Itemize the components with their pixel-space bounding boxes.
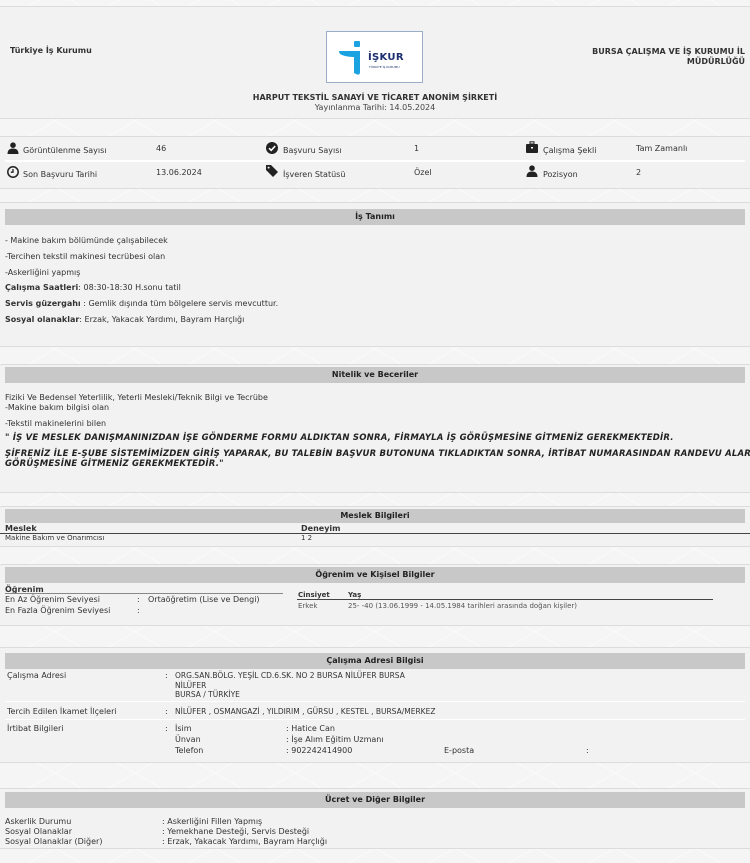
check-circle-icon bbox=[266, 142, 278, 154]
column-header-age: Yaş bbox=[348, 591, 361, 599]
education-label: En Fazla Öğrenim Seviyesi bbox=[5, 606, 110, 615]
stat-value: 1 bbox=[414, 144, 419, 153]
education-label: En Az Öğrenim Seviyesi bbox=[5, 595, 100, 604]
user-icon bbox=[7, 142, 19, 154]
field-value: Erzak, Yakacak Yardımı, Bayram Harçlığı bbox=[85, 315, 245, 324]
districts-label: Tercih Edilen İkamet İlçeleri bbox=[7, 707, 117, 716]
profession-section: Meslek Bilgileri Meslek Deneyim Makine B… bbox=[0, 506, 750, 547]
pattern-band bbox=[0, 762, 750, 788]
description-line: - Makine bakım bölümünde çalışabilecek bbox=[5, 236, 168, 245]
pattern-band bbox=[0, 546, 750, 564]
table-rule bbox=[297, 599, 713, 600]
colon: : bbox=[165, 671, 168, 680]
section-header: Nitelik ve Beceriler bbox=[5, 367, 745, 383]
other-benefits-value: Erzak, Yakacak Yardımı, Bayram Harçlığı bbox=[167, 837, 327, 846]
contact-field-label: Telefon bbox=[175, 746, 203, 755]
education-section: Öğrenim ve Kişisel Bilgiler Öğrenim En A… bbox=[0, 564, 750, 626]
experience-cell: 1 2 bbox=[301, 534, 312, 542]
stat-label: Görüntülenme Sayısı bbox=[23, 146, 107, 155]
section-header: Ücret ve Diğer Bilgiler bbox=[5, 792, 745, 808]
contact-phone[interactable]: 902242414900 bbox=[291, 746, 352, 755]
other-value: : Erzak, Yakacak Yardımı, Bayram Harçlığ… bbox=[162, 837, 327, 846]
other-label: Sosyal Olanaklar (Diğer) bbox=[5, 837, 102, 846]
profession-cell: Makine Bakım ve Onarımcısı bbox=[5, 534, 104, 542]
email-value[interactable]: : bbox=[586, 746, 589, 755]
agency-name: Türkiye İş Kurumu bbox=[10, 46, 92, 55]
section-header: Meslek Bilgileri bbox=[5, 509, 745, 523]
colon: : bbox=[165, 707, 168, 716]
stat-label: İşveren Statüsü bbox=[283, 170, 345, 179]
work-address-label: Çalışma Adresi bbox=[7, 671, 66, 680]
stat-label: Çalışma Şekli bbox=[543, 146, 596, 155]
contact-field-value: : İşe Alım Eğitim Uzmanı bbox=[286, 735, 384, 744]
stat-value: Tam Zamanlı bbox=[636, 144, 687, 153]
contact-field-value: : 902242414900 bbox=[286, 746, 352, 755]
field-label: Sosyal olanaklar bbox=[5, 315, 79, 324]
clock-icon bbox=[7, 166, 19, 178]
pattern-band bbox=[0, 188, 750, 202]
skill-line: -Tekstil makinelerini bilen bbox=[5, 419, 106, 428]
address-section: Çalışma Adresi Bilgisi Çalışma Adresi : … bbox=[0, 647, 750, 763]
logo-text: İŞKUR bbox=[368, 52, 404, 63]
military-status: Askerliğini Fillen Yapmış bbox=[167, 817, 262, 826]
pattern-band bbox=[0, 625, 750, 647]
contact-field-label: Ünvan bbox=[175, 735, 201, 744]
column-header-gender: Cinsiyet bbox=[298, 591, 330, 599]
job-description-section: İş Tanımı - Makine bakım bölümünde çalış… bbox=[0, 202, 750, 347]
iskur-logo[interactable]: İŞKUR TÜRKİYE İŞ KURUMU bbox=[326, 31, 423, 83]
field-value: Gemlik dışında tüm bölgelere servis mevc… bbox=[88, 299, 278, 308]
contact-title: İşe Alım Eğitim Uzmanı bbox=[291, 735, 383, 744]
divider bbox=[5, 719, 745, 720]
field-label: Çalışma Saatleri bbox=[5, 283, 78, 292]
published-date: Yayınlanma Tarihi: 14.05.2024 bbox=[0, 103, 750, 112]
skill-line: -Makine bakım bilgisi olan bbox=[5, 403, 109, 412]
age-value: 25- -40 (13.06.1999 - 14.05.1984 tarihle… bbox=[348, 602, 577, 610]
education-value: Ortaöğretim (Lise ve Dengi) bbox=[148, 595, 260, 604]
stats-panel: Görüntülenme Sayısı 46 Başvuru Sayısı 1 … bbox=[0, 136, 750, 189]
gender-value: Erkek bbox=[298, 602, 317, 610]
divider bbox=[5, 701, 745, 702]
work-address-line: ORG.SAN.BÖLG. YEŞİL CD.6.SK. NO 2 BURSA … bbox=[175, 671, 405, 680]
notice-text: ŞİFRENİZ İLE E-ŞUBE SİSTEMİMİZDEN GİRİŞ … bbox=[5, 449, 750, 459]
social-benefits: Sosyal olanaklar: Erzak, Yakacak Yardımı… bbox=[5, 315, 244, 324]
logo-subtext: TÜRKİYE İŞ KURUMU bbox=[369, 65, 400, 69]
user-icon bbox=[526, 165, 538, 177]
service-route: Servis güzergahı : Gemlik dışında tüm bö… bbox=[5, 299, 278, 308]
briefcase-icon bbox=[526, 141, 538, 153]
stat-value: 2 bbox=[636, 168, 641, 177]
notice-text: " İŞ VE MESLEK DANIŞMANINIZDAN İŞE GÖNDE… bbox=[5, 433, 674, 443]
stat-label: Pozisyon bbox=[543, 170, 578, 179]
skills-section: Nitelik ve Beceriler Fiziki Ve Bedensel … bbox=[0, 364, 750, 493]
tag-icon bbox=[266, 165, 278, 177]
description-line: -Tercihen tekstil makinesi tecrübesi ola… bbox=[5, 252, 165, 261]
description-line: -Askerliğini yapmış bbox=[5, 268, 80, 277]
pattern-band bbox=[0, 118, 750, 136]
other-value: : Askerliğini Fillen Yapmış bbox=[162, 817, 262, 826]
other-label: Askerlik Durumu bbox=[5, 817, 71, 826]
contact-name: Hatice Can bbox=[291, 724, 335, 733]
other-label: Sosyal Olanaklar bbox=[5, 827, 72, 836]
skill-line: Fiziki Ve Bedensel Yeterlilik, Yeterli M… bbox=[5, 393, 268, 402]
contact-field-value: : Hatice Can bbox=[286, 724, 335, 733]
districts-value: NİLÜFER , OSMANGAZİ , YILDIRIM , GÜRSU ,… bbox=[175, 707, 435, 716]
table-rule bbox=[5, 593, 283, 594]
pattern-band bbox=[0, 492, 750, 506]
column-header-experience: Deneyim bbox=[301, 524, 340, 533]
section-header: Çalışma Adresi Bilgisi bbox=[5, 653, 745, 669]
header: Türkiye İş Kurumu İŞKUR TÜRKİYE İŞ KURUM… bbox=[0, 6, 750, 119]
field-label: Servis güzergahı bbox=[5, 299, 81, 308]
table-rule bbox=[0, 533, 750, 534]
column-header-profession: Meslek bbox=[5, 524, 37, 533]
pattern-band bbox=[0, 346, 750, 364]
contact-label: İrtibat Bilgileri bbox=[7, 724, 64, 733]
colon: : bbox=[137, 595, 140, 604]
working-hours: Çalışma Saatleri: 08:30-18:30 H.sonu tat… bbox=[5, 283, 181, 292]
email-label: E-posta bbox=[444, 746, 474, 755]
section-header: İş Tanımı bbox=[5, 209, 745, 225]
directorate-name: BURSA ÇALIŞMA VE İŞ KURUMU İL MÜDÜRLÜĞÜ bbox=[592, 47, 745, 67]
directorate-line-1: BURSA ÇALIŞMA VE İŞ KURUMU İL bbox=[592, 47, 745, 57]
field-value: 08:30-18:30 H.sonu tatil bbox=[84, 283, 181, 292]
divider bbox=[5, 160, 745, 162]
work-address-line: NİLÜFER bbox=[175, 681, 206, 690]
other-info-section: Ücret ve Diğer Bilgiler Askerlik Durumu … bbox=[0, 788, 750, 849]
other-value: : Yemekhane Desteği, Servis Desteği bbox=[162, 827, 309, 836]
contact-field-label: İsim bbox=[175, 724, 192, 733]
social-benefits-value: Yemekhane Desteği, Servis Desteği bbox=[167, 827, 309, 836]
company-name: HARPUT TEKSTİL SANAYİ VE TİCARET ANONİM … bbox=[0, 93, 750, 102]
notice-text: GÖRÜŞMESİNE GİTMENİZ GEREKMEKTEDİR." bbox=[5, 459, 224, 469]
pattern-band bbox=[0, 848, 750, 863]
section-header: Öğrenim ve Kişisel Bilgiler bbox=[5, 567, 745, 583]
stat-value: 13.06.2024 bbox=[156, 168, 202, 177]
colon: : bbox=[165, 724, 168, 733]
stat-label: Son Başvuru Tarihi bbox=[23, 170, 97, 179]
stat-label: Başvuru Sayısı bbox=[283, 146, 342, 155]
colon: : bbox=[137, 606, 140, 615]
stat-value: 46 bbox=[156, 144, 166, 153]
directorate-line-2: MÜDÜRLÜĞÜ bbox=[592, 57, 745, 67]
stat-value: Özel bbox=[414, 168, 432, 177]
work-address-line: BURSA / TÜRKİYE bbox=[175, 690, 240, 699]
